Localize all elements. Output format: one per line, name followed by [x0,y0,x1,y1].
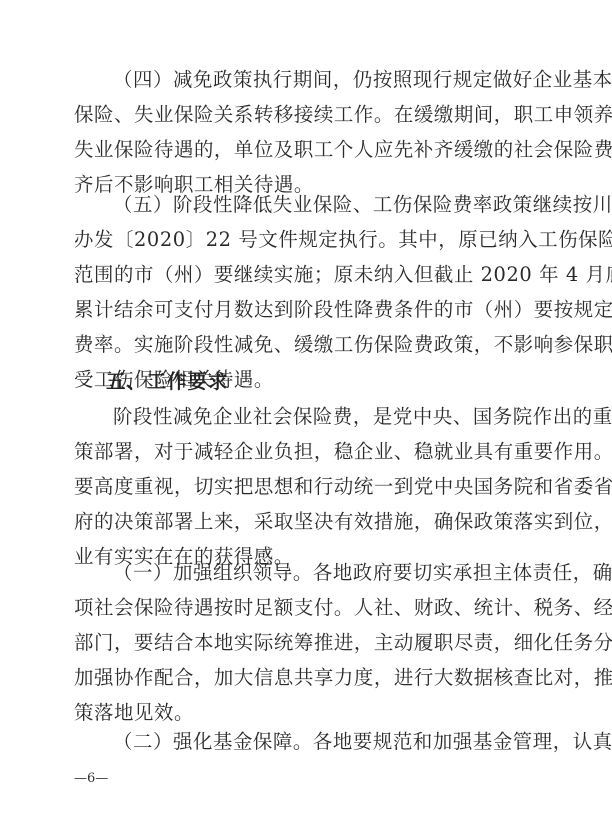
section-heading: 五、工作要求 [106,370,228,394]
page-number: —6— [74,771,108,787]
text-line: 策部署，对于减轻企业负担，稳企业、稳就业具有重要作用。各地 [74,440,550,464]
text-line: （四）减免政策执行期间，仍按照现行规定做好企业基本养老 [113,68,550,92]
text-line: 阶段性减免企业社会保险费，是党中央、国务院作出的重大决 [113,405,550,429]
text-line: （五）阶段性降低失业保险、工伤保险费率政策继续按川人社 [113,193,550,217]
text-line: 部门，要结合本地实际统筹推进，主动履职尽责，细化任务分工， [74,631,550,655]
text-line: （一）加强组织领导。各地政府要切实承担主体责任，确保各 [113,561,550,585]
text-line: （二）强化基金保障。各地要规范和加强基金管理，认真执行 [113,730,550,754]
text-line: 加强协作配合，加大信息共享力度，进行大数据核查比对，推动政 [74,666,550,690]
text-line: 项社会保险待遇按时足额支付。人社、财政、统计、税务、经信等 [74,596,550,620]
text-line: 费率。实施阶段性减免、缓缴工伤保险费政策，不影响参保职工享 [74,333,550,357]
text-line: 府的决策部署上来，采取坚决有效措施，确保政策落实到位，让企 [74,510,550,534]
document-page: （四）减免政策执行期间，仍按照现行规定做好企业基本养老 保险、失业保险关系转移接… [0,0,612,813]
text-line: 策落地见效。 [74,701,550,725]
text-line: 失业保险待遇的，单位及职工个人应先补齐缓缴的社会保险费，补 [74,138,550,162]
text-line: 范围的市（州）要继续实施；原未纳入但截止 2020 年 4 月底基金 [74,263,550,287]
text-line: 累计结余可支付月数达到阶段性降费条件的市（州）要按规定下调 [74,298,550,322]
text-line: 办发〔2020〕22 号文件规定执行。其中，原已纳入工伤保险降费 [74,228,550,252]
text-line: 保险、失业保险关系转移接续工作。在缓缴期间，职工申领养老、 [74,103,550,127]
text-line: 要高度重视，切实把思想和行动统一到党中央国务院和省委省政 [74,475,550,499]
